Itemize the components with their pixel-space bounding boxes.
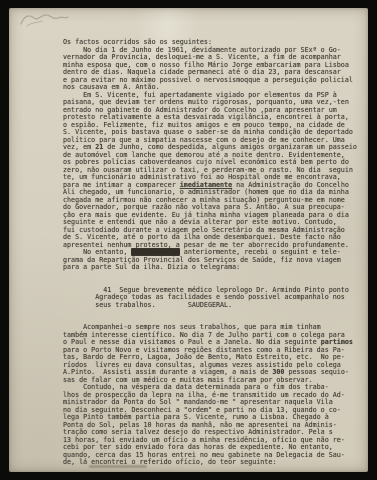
paragraph: Acompanhei-o sempre nos seus trabalhos, … [63, 324, 363, 384]
document-page: Os factos ocorridos são os seguintes: No… [9, 8, 368, 472]
text-segment: para a parte Sul da ilha. Dizia o telegr… [63, 263, 240, 271]
paragraph: 41 Segue brevemente médico leprologo Dr.… [63, 287, 363, 310]
paragraph: Contudo, na véspera da data determinada … [63, 384, 363, 467]
ink-smudge [89, 465, 147, 468]
document-line: para a parte Sul da ilha. Dizia o telegr… [63, 264, 363, 272]
paragraph: No dia 1 de Junho de 1961, devidamente a… [63, 47, 363, 92]
scanned-document: Os factos ocorridos são os seguintes: No… [0, 0, 377, 480]
document-line: seus trabalhos. SAUDEGERAL. [63, 302, 363, 310]
document-text: Os factos ocorridos são os seguintes: No… [63, 39, 363, 467]
paragraph: No entanto, nesennunstan anteriormente, … [63, 249, 363, 272]
text-segment: seus trabalhos. SAUDEGERAL. [63, 301, 232, 309]
paragraph: Em S. Vicente, fui apertadamente vigiado… [63, 92, 363, 250]
pencil-squiggle-mark [17, 9, 73, 31]
